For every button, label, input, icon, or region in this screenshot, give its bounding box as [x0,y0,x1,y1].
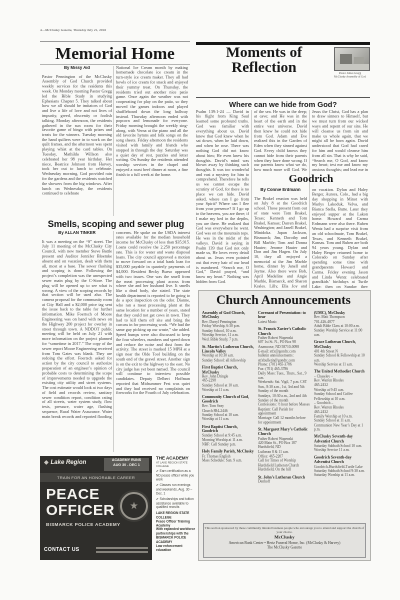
sponsor-box: This section sponsored by these communit… [203,523,366,558]
academy-ad-footer: LAKE REGION STATE COLLEGE Peace Officer … [156,511,196,553]
lake-region-logo: ◆ Lake Region [44,459,86,466]
ad-headline-peace: PEACE [46,487,100,502]
contact-detail-lines [96,545,148,555]
church-entry: St. Martin’s Lutheran Church, Lincoln Va… [202,345,254,363]
church-column: Covenant of Presentation: to hearLatest … [258,311,310,519]
photo-shape [335,64,369,70]
academy-ad-bullet: Scholarships and tuition assistance avai… [156,497,196,509]
ad-subline: BISMARCK POLICE ACADEMY [46,522,120,527]
column-rule [113,66,114,216]
church-column: Assembly of God Church, McCluskyRev. Dar… [202,311,254,519]
church-entry: St. Francis Xavier’s Catholic ChurchFath… [258,327,310,425]
church-entry: Community Church of God, GoodrichRev. To… [202,395,254,422]
article-headline: Goodrich [254,174,368,185]
contact-row[interactable]: CONTACT US [44,544,148,556]
article-column: National Ice Cream month by making homem… [116,66,188,216]
academy-ad-bullet: Classes run evenings and weekends, Aug. … [156,483,196,495]
article-column: on vacation. Dylan and Haley Berger, Aur… [312,188,368,288]
sponsor-town: McClusky [204,535,365,540]
church-entry: Covenant of Presentation: to hearLatest … [258,311,310,324]
church-entry: McClusky Seventh-day Adventist ChurchSat… [314,435,366,453]
church-entry: Grace Lutheran Church, McClusky401 4th S… [314,340,366,367]
folio-header: 4—McClusky Gazette, Thursday July 21, 20… [40,29,190,38]
folio-rule [40,41,190,42]
section-header: Church Announcements [198,293,369,306]
article-subhead: Where can we hide from God? [196,100,370,109]
church-entry: St. John’s Lutheran ChurchDenhoff [258,475,310,484]
column-rule [309,110,310,288]
church-entry: Goodrich Seventh-day Adventist ChurchGoo… [314,456,366,478]
church-entry: First Baptist Church, GoodrichSunday Sch… [202,425,254,447]
church-entry: Holy Family Parish, McCluskyFr. Thomas E… [202,450,254,463]
academy-dates-banner: ACADEMY RUNS AUG 30 - DEC 1 [104,458,149,471]
ad-headline-officer: OFFICER [46,503,115,518]
article-column: It was a meeting on the “S” street. The … [42,240,112,452]
photo-caption: Pastor James Gregg McClusky Assembly of … [328,72,372,84]
article-column: Psalm 139:1-24 — David in his flight fro… [196,110,249,288]
church-entry: The United Methodist Church– Chaseley – … [314,370,366,432]
police-badge-icon: ★ [120,492,148,520]
train-tagline: TRAIN FOR AN HONORABLE CAREER [40,473,152,482]
church-entry: First Baptist Church, McCluskyRev. John … [202,366,254,393]
church-entry: St. Margaret Mary’s Catholic ChurchFathe… [258,428,310,473]
church-entry: (UMC), McCluskyRev. Matt Thompson 701-42… [314,311,366,338]
academy-ad-subtitle: AT LAKE REGION STATE COLLEGE [156,462,196,468]
folio-text: 4—McClusky Gazette, Thursday July 21, 20… [40,29,190,33]
subhead-rule [196,97,370,98]
article-headline: Memorial Home [40,45,190,62]
sponsor-note: This section sponsored by these communit… [204,526,365,534]
column-rule [251,110,252,288]
article-headline: Smells, scoping and sewer plug [40,219,192,229]
column-rule [113,231,114,452]
sponsor-names: American Bank Center • Hertz Funeral Hom… [204,541,365,550]
academy-text-ad[interactable]: THE ACADEMY AT LAKE REGION STATE COLLEGE… [156,456,196,560]
article-column: The Brakel reunion was held on July 8 at… [254,197,307,288]
article-column: Pastor Pennington of the McClusky Assemb… [42,75,112,216]
newspaper-page: 4—McClusky Gazette, Thursday July 21, 20… [0,0,400,600]
church-column: (UMC), McCluskyRev. Matt Thompson 701-42… [314,311,366,519]
article-column: of the sea. He was in the deep; at cave;… [254,110,307,172]
diamond-icon: ◆ [44,459,49,466]
church-entry: Assembly of God Church, McCluskyRev. Dar… [202,311,254,342]
article-headline: Moments of Reflection [196,46,332,77]
contact-us-label[interactable]: CONTACT US [44,547,79,553]
article-byline: By ALLAN TINKER [42,231,112,239]
article-byline: By Missy Aid [42,66,112,74]
headline-rule [40,64,190,65]
article-column: concerns. He spoke on the USDA interest … [116,231,190,452]
article-byline: By Connie Erdmann [254,188,307,196]
academy-ad-bullet: Earn certification as a ND peace officer… [156,470,196,482]
reflection-photo [334,47,370,71]
peace-officer-ad[interactable]: ◆ Lake Region ACADEMY RUNS AUG 30 - DEC … [40,456,152,560]
article-column: Jesus the Christ, God has a plan to draw… [312,110,368,172]
